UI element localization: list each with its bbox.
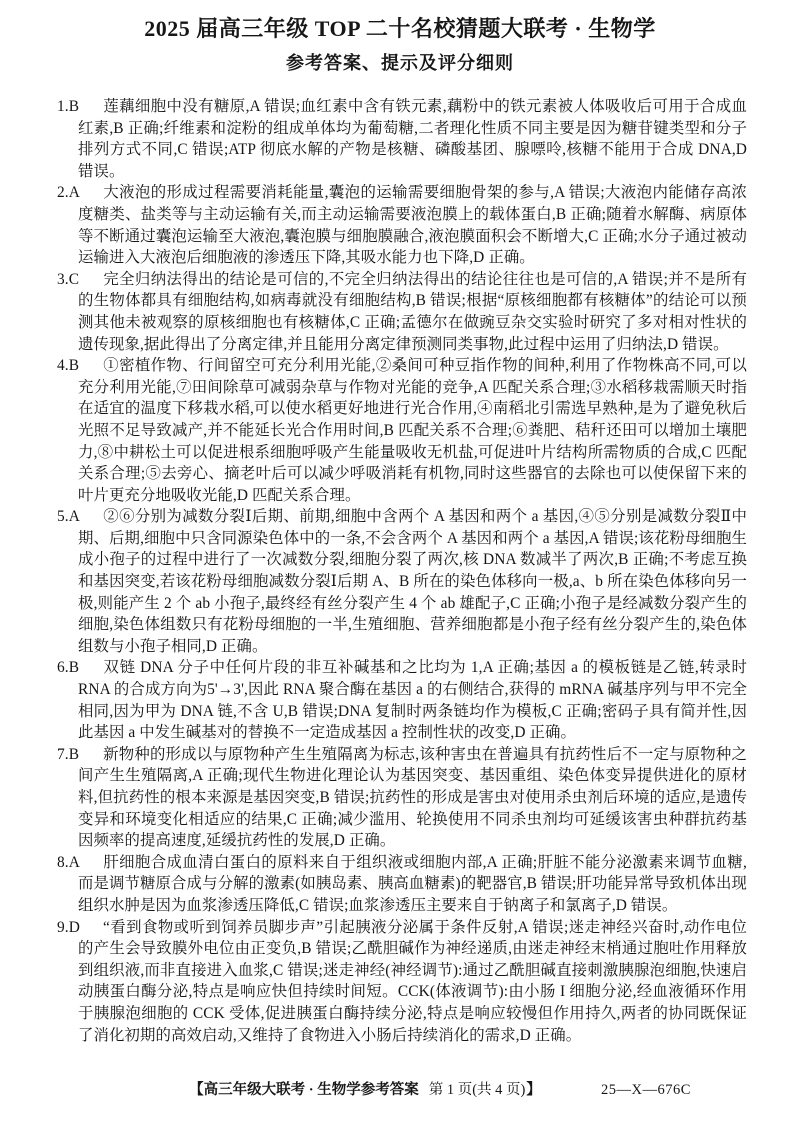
answer-item-5: 5.A②⑥分别为减数分裂Ⅰ后期、前期,细胞中含两个 A 基因和两个 a 基因,④… [57, 506, 747, 657]
answer-number: 4.B [57, 355, 103, 377]
answer-number: 9.D [57, 917, 103, 939]
footer-paper-code: 25—X—676C [601, 1079, 691, 1101]
answer-text: “看到食物或听到饲养员脚步声”引起胰液分泌属于条件反射,A 错误;迷走神经兴奋时… [78, 919, 747, 1044]
answer-item-8: 8.A肝细胞合成血清白蛋白的原料来自于组织液或细胞内部,A 正确;肝脏不能分泌激… [57, 852, 747, 917]
footer-bracket-close: 】 [526, 1082, 541, 1098]
page-footer: 【高三年级大联考 · 生物学参考答案第 1 页(共 4 页)】 25—X—676… [0, 1079, 800, 1103]
footer-exam-name: 【高三年级大联考 · 生物学参考答案 [189, 1082, 419, 1098]
answer-item-9: 9.D“看到食物或听到饲养员脚步声”引起胰液分泌属于条件反射,A 错误;迷走神经… [57, 917, 747, 1047]
page-header: 2025 届高三年级 TOP 二十名校猜题大联考 · 生物学 参考答案、提示及评… [0, 0, 800, 75]
answer-text: ①密植作物、行间留空可充分利用光能,②桑间可种豆指作物的间种,利用了作物株高不同… [78, 357, 747, 504]
answer-text: 肝细胞合成血清白蛋白的原料来自于组织液或细胞内部,A 正确;肝脏不能分泌激素来调… [78, 854, 747, 914]
answer-item-6: 6.B双链 DNA 分子中任何片段的非互补碱基和之比均为 1,A 正确;基因 a… [57, 657, 747, 743]
footer-page-number: 第 1 页(共 4 页) [429, 1082, 526, 1098]
answer-sheet-page: 2025 届高三年级 TOP 二十名校猜题大联考 · 生物学 参考答案、提示及评… [0, 0, 800, 1132]
answer-item-1: 1.B莲藕细胞中没有糖原,A 错误;血红素中含有铁元素,藕粉中的铁元素被人体吸收… [57, 96, 747, 182]
answer-text: 大液泡的形成过程需要消耗能量,囊泡的运输需要细胞骨架的参与,A 错误;大液泡内能… [78, 184, 747, 266]
answer-item-4: 4.B①密植作物、行间留空可充分利用光能,②桑间可种豆指作物的间种,利用了作物株… [57, 355, 747, 506]
answer-item-7: 7.B新物种的形成以与原物种产生生殖隔离为标志,该种害虫在普遍具有抗药性后不一定… [57, 744, 747, 852]
answer-list: 1.B莲藕细胞中没有糖原,A 错误;血红素中含有铁元素,藕粉中的铁元素被人体吸收… [57, 96, 747, 1046]
answer-number: 8.A [57, 852, 103, 874]
answer-item-2: 2.A大液泡的形成过程需要消耗能量,囊泡的运输需要细胞骨架的参与,A 错误;大液… [57, 182, 747, 268]
answer-text: 新物种的形成以与原物种产生生殖隔离为标志,该种害虫在普遍具有抗药性后不一定与原物… [78, 746, 747, 849]
answer-number: 6.B [57, 657, 103, 679]
answer-text: 完全归纳法得出的结论是可信的,不完全归纳法得出的结论往往也是可信的,A 错误;并… [78, 271, 747, 353]
answer-number: 1.B [57, 96, 103, 118]
page-title: 2025 届高三年级 TOP 二十名校猜题大联考 · 生物学 [0, 14, 800, 44]
answer-number: 5.A [57, 506, 103, 528]
answer-text: 莲藕细胞中没有糖原,A 错误;血红素中含有铁元素,藕粉中的铁元素被人体吸收后可用… [78, 98, 747, 180]
page-subtitle: 参考答案、提示及评分细则 [0, 51, 800, 75]
answer-text: ②⑥分别为减数分裂Ⅰ后期、前期,细胞中含两个 A 基因和两个 a 基因,④⑤分别… [78, 508, 747, 655]
answer-number: 7.B [57, 744, 103, 766]
answer-number: 3.C [57, 269, 103, 291]
answer-item-3: 3.C完全归纳法得出的结论是可信的,不完全归纳法得出的结论往往也是可信的,A 错… [57, 269, 747, 355]
answer-number: 2.A [57, 182, 103, 204]
answer-text: 双链 DNA 分子中任何片段的非互补碱基和之比均为 1,A 正确;基因 a 的模… [78, 659, 747, 741]
